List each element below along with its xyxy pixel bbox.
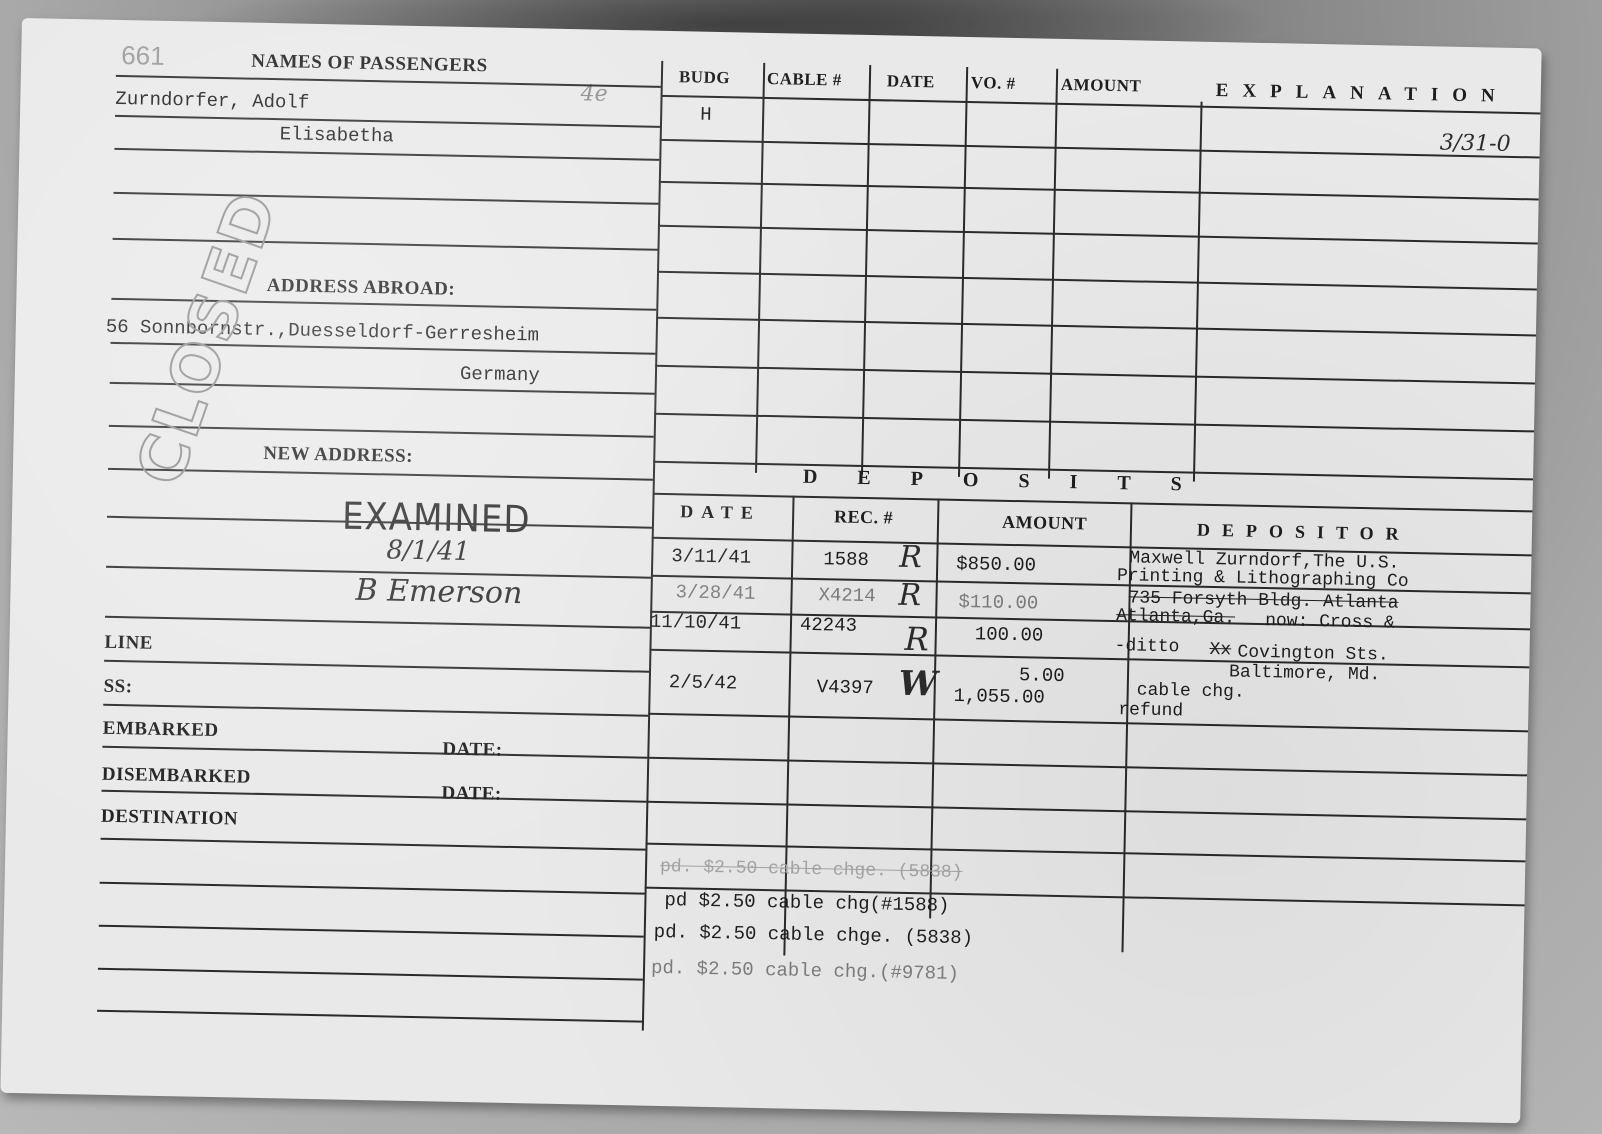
- deposit-amount: $110.00: [958, 591, 1038, 615]
- depositor-line-struck: Atlanta,Ga.: [1116, 606, 1235, 628]
- deposit-rec: 42243: [800, 614, 857, 637]
- deposit-date: 3/28/41: [675, 581, 755, 605]
- rule: [102, 746, 647, 759]
- depositor-line: cable chg.: [1137, 681, 1245, 703]
- rule: [654, 413, 1534, 433]
- deposit-date: 2/5/42: [669, 671, 738, 694]
- column-divider: [755, 63, 765, 473]
- depositor-line: Baltimore, Md.: [1229, 662, 1381, 685]
- depositor-line: now: Cross &: [1265, 611, 1395, 634]
- rule: [657, 271, 1537, 291]
- deposit-rec-header: REC. #: [834, 506, 893, 528]
- rule: [103, 704, 648, 717]
- deposit-mark: W: [898, 664, 937, 705]
- embarked-date-label: DATE:: [442, 739, 503, 762]
- column-divider: [1048, 69, 1058, 479]
- rule: [114, 148, 659, 161]
- rule: [105, 616, 650, 629]
- column-divider: [783, 496, 794, 956]
- examined-signature: B Emerson: [355, 573, 522, 611]
- examined-date: 8/1/41: [386, 535, 470, 567]
- rule: [660, 139, 1540, 159]
- rule: [97, 1010, 642, 1023]
- disembarked-label: DISEMBARKED: [102, 764, 251, 789]
- budg-value: H: [700, 104, 712, 126]
- passengers-heading: NAMES OF PASSENGERS: [251, 51, 488, 78]
- depositor-header: DEPOSITOR: [1197, 520, 1411, 545]
- deposit-rec: 1588: [823, 548, 869, 571]
- depositor-line-struck: Xx: [1209, 640, 1231, 660]
- rule: [656, 317, 1536, 337]
- passenger-name-primary: Zurndorfer, Adolf: [115, 88, 309, 114]
- rule: [104, 660, 649, 673]
- rule: [98, 968, 643, 981]
- address-abroad-label: ADDRESS ABROAD:: [266, 275, 455, 301]
- passenger-name-secondary: Elisabetha: [279, 123, 393, 147]
- card-number: 661: [121, 40, 165, 72]
- column-divider: [929, 498, 939, 918]
- rule: [116, 75, 661, 88]
- column-divider: [861, 65, 871, 475]
- rule: [649, 649, 1529, 669]
- rule: [113, 238, 658, 251]
- deposit-rec: V4397: [817, 676, 874, 699]
- note-line: pd. $2.50 cable chge. (5838): [660, 857, 963, 883]
- rule: [647, 757, 1527, 777]
- address-abroad-line2: Germany: [460, 363, 540, 387]
- deposit-amount-total: 1,055.00: [953, 685, 1045, 709]
- deposit-amount: 5.00: [1019, 664, 1065, 687]
- new-address-label: NEW ADDRESS:: [263, 443, 413, 468]
- deposit-date: 11/10/41: [650, 611, 742, 635]
- rule: [99, 925, 644, 938]
- note-line: pd. $2.50 cable chg.(#9781): [651, 957, 959, 985]
- note-line: pd $2.50 cable chg(#1588): [664, 889, 949, 917]
- rule: [659, 181, 1539, 201]
- deposit-amount-header: AMOUNT: [1002, 512, 1087, 535]
- rule: [658, 225, 1538, 245]
- rule: [653, 493, 1533, 513]
- date-header: DATE: [887, 71, 935, 92]
- rule: [646, 801, 1526, 821]
- disembarked-date-label: DATE:: [441, 783, 502, 806]
- deposit-amount: 100.00: [975, 623, 1044, 646]
- rule: [100, 882, 645, 895]
- depositor-line: -ditto: [1114, 636, 1179, 657]
- line-label: LINE: [104, 632, 153, 655]
- table-divider: [642, 61, 663, 1031]
- explanation-header: EXPLANATION: [1216, 80, 1509, 108]
- destination-label: DESTINATION: [101, 806, 239, 831]
- passenger-ledger-card: 661 NAMES OF PASSENGERS 4e Zurndorfer, A…: [0, 18, 1541, 1123]
- column-divider: [958, 67, 968, 477]
- deposit-mark: R: [898, 578, 921, 613]
- budg-header: BUDG: [679, 67, 731, 88]
- vo-header: VO. #: [971, 73, 1016, 94]
- depositor-line: refund: [1118, 700, 1183, 721]
- cable-header: CABLE #: [767, 69, 842, 90]
- ss-label: SS:: [103, 676, 132, 699]
- embarked-label: EMBARKED: [103, 718, 219, 742]
- amount-header: AMOUNT: [1061, 75, 1142, 97]
- rule: [113, 192, 658, 205]
- explanation-value: 3/31-0: [1440, 130, 1511, 156]
- examined-stamp: EXAMINED: [342, 495, 531, 543]
- deposit-mark: R: [899, 540, 922, 575]
- rule: [655, 365, 1535, 385]
- deposit-mark: R: [904, 620, 929, 658]
- rule: [648, 713, 1528, 733]
- note-line: pd. $2.50 cable chge. (5838): [654, 921, 974, 949]
- rule: [101, 790, 646, 803]
- deposit-amount: $850.00: [956, 553, 1036, 577]
- deposit-rec: X4214: [818, 584, 875, 607]
- rule: [101, 838, 646, 851]
- deposit-date: 3/11/41: [671, 545, 751, 569]
- deposit-date-header: DATE: [680, 501, 761, 524]
